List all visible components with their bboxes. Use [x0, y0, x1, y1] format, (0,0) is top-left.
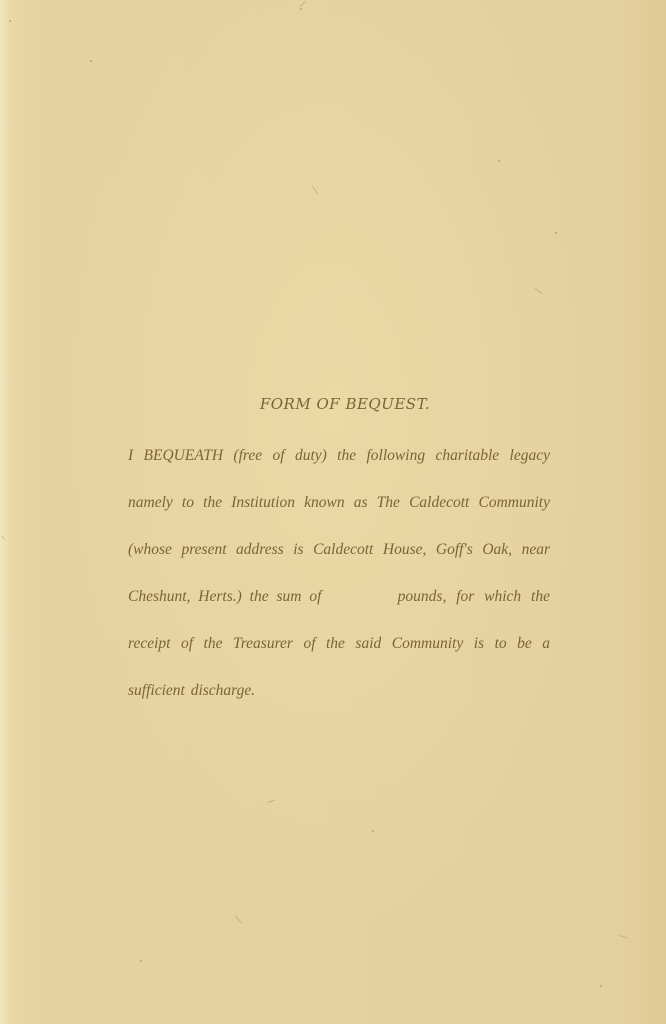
bequest-line-4-start: Cheshunt, Herts.) the sum of: [128, 587, 321, 634]
bequest-line-4: Cheshunt, Herts.) the sum of pounds, for…: [128, 587, 550, 634]
bequest-line-6: sufficient discharge.: [128, 681, 550, 728]
paper-speck: [300, 8, 302, 10]
paper-speck: [555, 232, 557, 234]
paper-speck: [140, 960, 142, 962]
bequest-line-3: (whose present address is Caldecott Hous…: [128, 540, 550, 587]
paper-speck: [498, 160, 500, 162]
paper-fiber: [535, 288, 543, 294]
document-title: FORM OF BEQUEST.: [12, 395, 666, 413]
bequest-line-4-end: pounds, for which the: [398, 587, 550, 634]
paper-speck: [9, 20, 11, 22]
bequest-line-5: receipt of the Treasurer of the said Com…: [128, 634, 550, 681]
paper-fiber: [312, 185, 319, 194]
paper-fiber: [300, 1, 307, 7]
bequest-line-2: namely to the Institution known as The C…: [128, 493, 550, 540]
paper-fiber: [2, 535, 5, 540]
bequest-line-1: I BEQUEATH (free of duty) the following …: [128, 446, 550, 493]
document-page: FORM OF BEQUEST. I BEQUEATH (free of dut…: [0, 0, 666, 1024]
paper-fiber: [235, 915, 242, 923]
paper-speck: [90, 60, 92, 62]
paper-fiber: [620, 935, 628, 939]
bequest-paragraph: I BEQUEATH (free of duty) the following …: [128, 446, 550, 728]
paper-speck: [600, 985, 602, 987]
paper-speck: [372, 830, 374, 832]
paper-fiber: [268, 799, 276, 803]
